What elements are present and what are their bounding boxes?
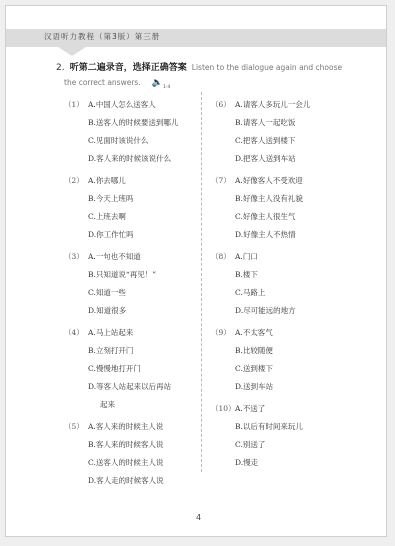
option-text: 等客人站起来以后再站 (96, 382, 171, 391)
section-title-en-cont: the correct answers. (64, 77, 141, 89)
option-text: 送客人的时候要送到哪儿 (96, 118, 179, 127)
answer-option: （1）A.中国人怎么送客人 (64, 96, 199, 114)
answer-option: C.别送了 (211, 436, 361, 454)
option-label: B. (88, 194, 96, 203)
option-text: 慢走 (243, 458, 258, 467)
section-title-zh: 听第二遍录音，选择正确答案 (70, 63, 187, 73)
option-label: D. (235, 458, 243, 467)
answer-option: C.送到楼下 (211, 360, 361, 378)
answer-option: （9）A.不太客气 (211, 324, 361, 342)
option-label: B. (235, 194, 243, 203)
answer-option: B.今天上班吗 (64, 190, 199, 208)
option-label: A. (88, 100, 96, 109)
option-text: 请客人多玩儿一会儿 (243, 100, 311, 109)
answer-option: C.上班去啊 (64, 208, 199, 226)
question-item: （1）A.中国人怎么送客人B.送客人的时候要送到哪儿C.见面时该说什么D.客人来… (64, 96, 199, 168)
answer-option: D.送到车站 (211, 378, 361, 396)
questions-right-column: （6）A.请客人多玩儿一会儿B.请客人一起吃饭C.把客人送到楼下D.把客人送到车… (211, 96, 361, 476)
option-text: 楼下 (243, 270, 258, 279)
option-text: 马上站起来 (96, 328, 134, 337)
answer-option: B.请客人一起吃饭 (211, 114, 361, 132)
option-text: 送到车站 (243, 382, 273, 391)
speaker-icon[interactable]: 🔈1-4 (152, 77, 171, 94)
option-text: 客人来的时候该说什么 (96, 154, 171, 163)
answer-option: C.知道一些 (64, 284, 199, 302)
question-item: （9）A.不太客气B.比较随便C.送到楼下D.送到车站 (211, 324, 361, 396)
option-label: A. (235, 252, 243, 261)
option-text: 请客人一起吃饭 (243, 118, 296, 127)
option-text: 别送了 (243, 440, 266, 449)
option-text: 中国人怎么送客人 (96, 100, 156, 109)
answer-option: D.你工作忙吗 (64, 226, 199, 244)
question-number: （5） (64, 418, 88, 436)
option-text: 好像主人没有礼貌 (243, 194, 303, 203)
question-item: （5）A.客人来的时候主人说B.客人来的时候客人说C.送客人的时候主人说D.客人… (64, 418, 199, 490)
question-item: （6）A.请客人多玩儿一会儿B.请客人一起吃饭C.把客人送到楼下D.把客人送到车… (211, 96, 361, 168)
answer-option: C.见面时该说什么 (64, 132, 199, 150)
option-text: 见面时该说什么 (96, 136, 149, 145)
section-title-en: Listen to the dialogue again and choose (192, 63, 342, 72)
question-item: （10）A.不送了B.以后有时间来玩儿C.别送了D.慢走 (211, 400, 361, 472)
answer-option: B.楼下 (211, 266, 361, 284)
option-label: C. (235, 288, 243, 297)
answer-option: D.等客人站起来以后再站 (64, 378, 199, 396)
option-label: A. (235, 100, 243, 109)
option-text: 把客人送到车站 (243, 154, 296, 163)
option-text: 不太客气 (243, 328, 273, 337)
option-label: C. (235, 212, 243, 221)
option-label: C. (235, 364, 243, 373)
answer-option: B.客人来的时候客人说 (64, 436, 199, 454)
questions-left-column: （1）A.中国人怎么送客人B.送客人的时候要送到哪儿C.见面时该说什么D.客人来… (64, 96, 199, 494)
option-label: A. (235, 404, 243, 413)
option-label: C. (88, 364, 96, 373)
option-label: D. (235, 154, 243, 163)
option-text: 知道一些 (96, 288, 126, 297)
question-number: （8） (211, 248, 235, 266)
option-label: C. (235, 440, 243, 449)
option-label: A. (88, 422, 96, 431)
option-text: 你去哪儿 (96, 176, 126, 185)
question-item: （7）A.好像客人不受欢迎B.好像主人没有礼貌C.好像主人很生气D.好像主人不热… (211, 172, 361, 244)
answer-option: D.客人来的时候该说什么 (64, 150, 199, 168)
answer-option: （5）A.客人来的时候主人说 (64, 418, 199, 436)
option-text: 立刻打开门 (96, 346, 134, 355)
option-label: B. (235, 270, 243, 279)
option-text: 客人走的时候客人说 (96, 476, 164, 485)
option-text: 慢慢地打开门 (96, 364, 141, 373)
option-label: D. (88, 154, 96, 163)
option-text: 不送了 (243, 404, 266, 413)
option-text: 送客人的时候主人说 (96, 458, 164, 467)
option-text: 马路上 (243, 288, 266, 297)
question-number: （10） (211, 400, 235, 418)
option-label: B. (88, 118, 96, 127)
option-text: 你工作忙吗 (96, 230, 134, 239)
question-number: （1） (64, 96, 88, 114)
option-label: C. (88, 136, 96, 145)
option-text: 只知道说“再见！” (96, 270, 156, 279)
option-label: C. (88, 288, 96, 297)
option-text: 好像主人不热情 (243, 230, 296, 239)
option-label: D. (88, 230, 96, 239)
answer-option: C.把客人送到楼下 (211, 132, 361, 150)
answer-option: B.立刻打开门 (64, 342, 199, 360)
section-number: 2. (56, 63, 65, 73)
answer-option: C.送客人的时候主人说 (64, 454, 199, 472)
option-label: D. (88, 382, 96, 391)
question-number: （2） (64, 172, 88, 190)
question-number: （4） (64, 324, 88, 342)
option-text: 一句也不知道 (96, 252, 141, 261)
answer-option: C.慢慢地打开门 (64, 360, 199, 378)
option-label: A. (88, 176, 96, 185)
question-item: （3）A.一句也不知道B.只知道说“再见！”C.知道一些D.知道很多 (64, 248, 199, 320)
audio-track-number: 1-4 (163, 85, 170, 90)
question-item: （4）A.马上站起来B.立刻打开门C.慢慢地打开门D.等客人站起来以后再站起来 (64, 324, 199, 414)
answer-option: B.送客人的时候要送到哪儿 (64, 114, 199, 132)
option-text: 送到楼下 (243, 364, 273, 373)
answer-option: （3）A.一句也不知道 (64, 248, 199, 266)
question-number: （3） (64, 248, 88, 266)
option-label: C. (88, 212, 96, 221)
answer-option: B.好像主人没有礼貌 (211, 190, 361, 208)
header-notch-decoration (58, 47, 86, 56)
option-label: A. (88, 252, 96, 261)
answer-option: （10）A.不送了 (211, 400, 361, 418)
option-label: C. (88, 458, 96, 467)
answer-option: （4）A.马上站起来 (64, 324, 199, 342)
option-label: A. (88, 328, 96, 337)
option-text: 好像客人不受欢迎 (243, 176, 303, 185)
option-text: 客人来的时候主人说 (96, 422, 164, 431)
option-label: D. (235, 230, 243, 239)
section-heading: 2. 听第二遍录音，选择正确答案 Listen to the dialogue … (56, 59, 356, 94)
option-label: D. (235, 306, 243, 315)
option-label: D. (88, 476, 96, 485)
option-label: D. (235, 382, 243, 391)
book-title: 汉语听力教程（第3版）第三册 (44, 31, 160, 42)
document-page: 汉语听力教程（第3版）第三册 2. 听第二遍录音，选择正确答案 Listen t… (5, 5, 387, 537)
option-text: 客人来的时候客人说 (96, 440, 164, 449)
option-text: 门口 (243, 252, 258, 261)
option-text: 把客人送到楼下 (243, 136, 296, 145)
option-label: B. (235, 346, 243, 355)
answer-option: B.以后有时间来玩儿 (211, 418, 361, 436)
answer-option: （6）A.请客人多玩儿一会儿 (211, 96, 361, 114)
option-text: 上班去啊 (96, 212, 126, 221)
question-number: （6） (211, 96, 235, 114)
option-label: B. (88, 440, 96, 449)
option-text: 尽可能远的地方 (243, 306, 296, 315)
answer-option: B.只知道说“再见！” (64, 266, 199, 284)
answer-option: C.好像主人很生气 (211, 208, 361, 226)
option-label: D. (88, 306, 96, 315)
answer-option: （8）A.门口 (211, 248, 361, 266)
question-item: （2）A.你去哪儿B.今天上班吗C.上班去啊D.你工作忙吗 (64, 172, 199, 244)
question-item: （8）A.门口B.楼下C.马路上D.尽可能远的地方 (211, 248, 361, 320)
column-divider (201, 92, 202, 472)
option-label: B. (88, 346, 96, 355)
option-label: C. (235, 136, 243, 145)
answer-option: D.慢走 (211, 454, 361, 472)
answer-option: B.比较随便 (211, 342, 361, 360)
option-text: 知道很多 (96, 306, 126, 315)
answer-option: D.把客人送到车站 (211, 150, 361, 168)
question-number: （7） (211, 172, 235, 190)
option-text: 比较随便 (243, 346, 273, 355)
answer-option: （7）A.好像客人不受欢迎 (211, 172, 361, 190)
answer-option: （2）A.你去哪儿 (64, 172, 199, 190)
question-number: （9） (211, 324, 235, 342)
option-label: B. (235, 422, 243, 431)
option-label: B. (88, 270, 96, 279)
page-number: 4 (196, 513, 201, 522)
answer-option: C.马路上 (211, 284, 361, 302)
answer-option: D.尽可能远的地方 (211, 302, 361, 320)
answer-option: D.知道很多 (64, 302, 199, 320)
option-text-continuation: 起来 (100, 400, 115, 409)
option-text: 以后有时间来玩儿 (243, 422, 303, 431)
option-label: A. (235, 176, 243, 185)
answer-option: D.客人走的时候客人说 (64, 472, 199, 490)
option-text: 好像主人很生气 (243, 212, 296, 221)
option-label: B. (235, 118, 243, 127)
option-label: A. (235, 328, 243, 337)
option-continuation: 起来 (64, 396, 199, 414)
option-text: 今天上班吗 (96, 194, 134, 203)
answer-option: D.好像主人不热情 (211, 226, 361, 244)
